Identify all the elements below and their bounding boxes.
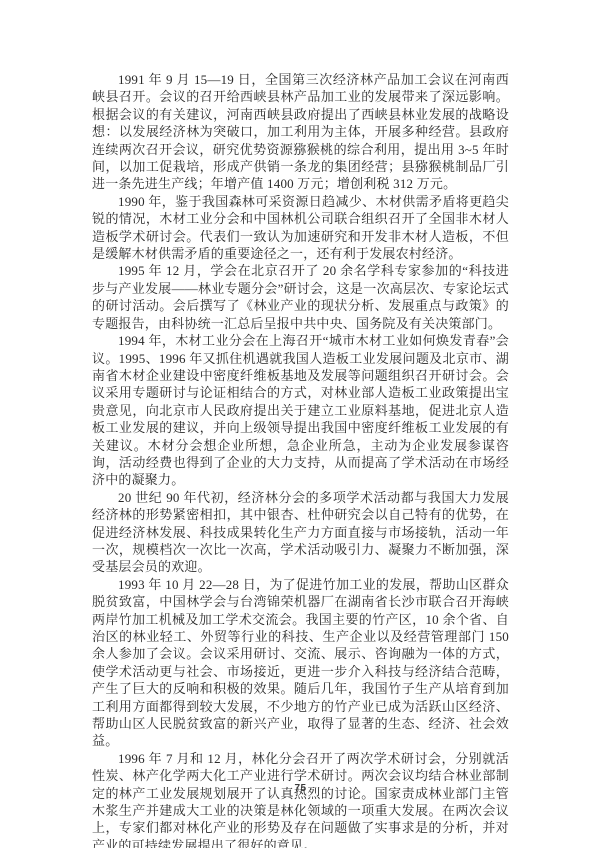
- paragraph-1993-bamboo-exchange: 1993 年 10 月 22—28 日，为了促进竹加工业的发展，帮助山区群众脱贫…: [92, 576, 509, 750]
- paragraph-1995-beijing-seminar: 1995 年 12 月，学会在北京召开了 20 余名学科专家参加的“科技进步与产…: [92, 262, 509, 332]
- paragraph-1996-forest-chemistry: 1996 年 7 月和 12 月，林化分会召开了两次学术研讨会，分别就活性炭、林…: [92, 750, 509, 848]
- body-text: 1991 年 9 月 15—19 日，全国第三次经济林产品加工会议在河南西峡县召…: [92, 71, 509, 848]
- paragraph-1990s-economic-forest: 20 世纪 90 年代初，经济林分会的多项学术活动都与我国大力发展经济林的形势紧…: [92, 489, 509, 576]
- paragraph-1990-nonwood-panel: 1990 年，鉴于我国森林可采资源日趋减少、木材供需矛盾将更趋尖锐的情况，木材工…: [92, 193, 509, 263]
- page-number: 75: [92, 783, 509, 794]
- book-page: 1991 年 9 月 15—19 日，全国第三次经济林产品加工会议在河南西峡县召…: [0, 0, 600, 848]
- paragraph-1991-xixia-meeting: 1991 年 9 月 15—19 日，全国第三次经济林产品加工会议在河南西峡县召…: [92, 71, 509, 193]
- paragraph-1994-shanghai-meeting: 1994 年，木材工业分会在上海召开“城市木材工业如何焕发青春”会议。1995、…: [92, 332, 509, 489]
